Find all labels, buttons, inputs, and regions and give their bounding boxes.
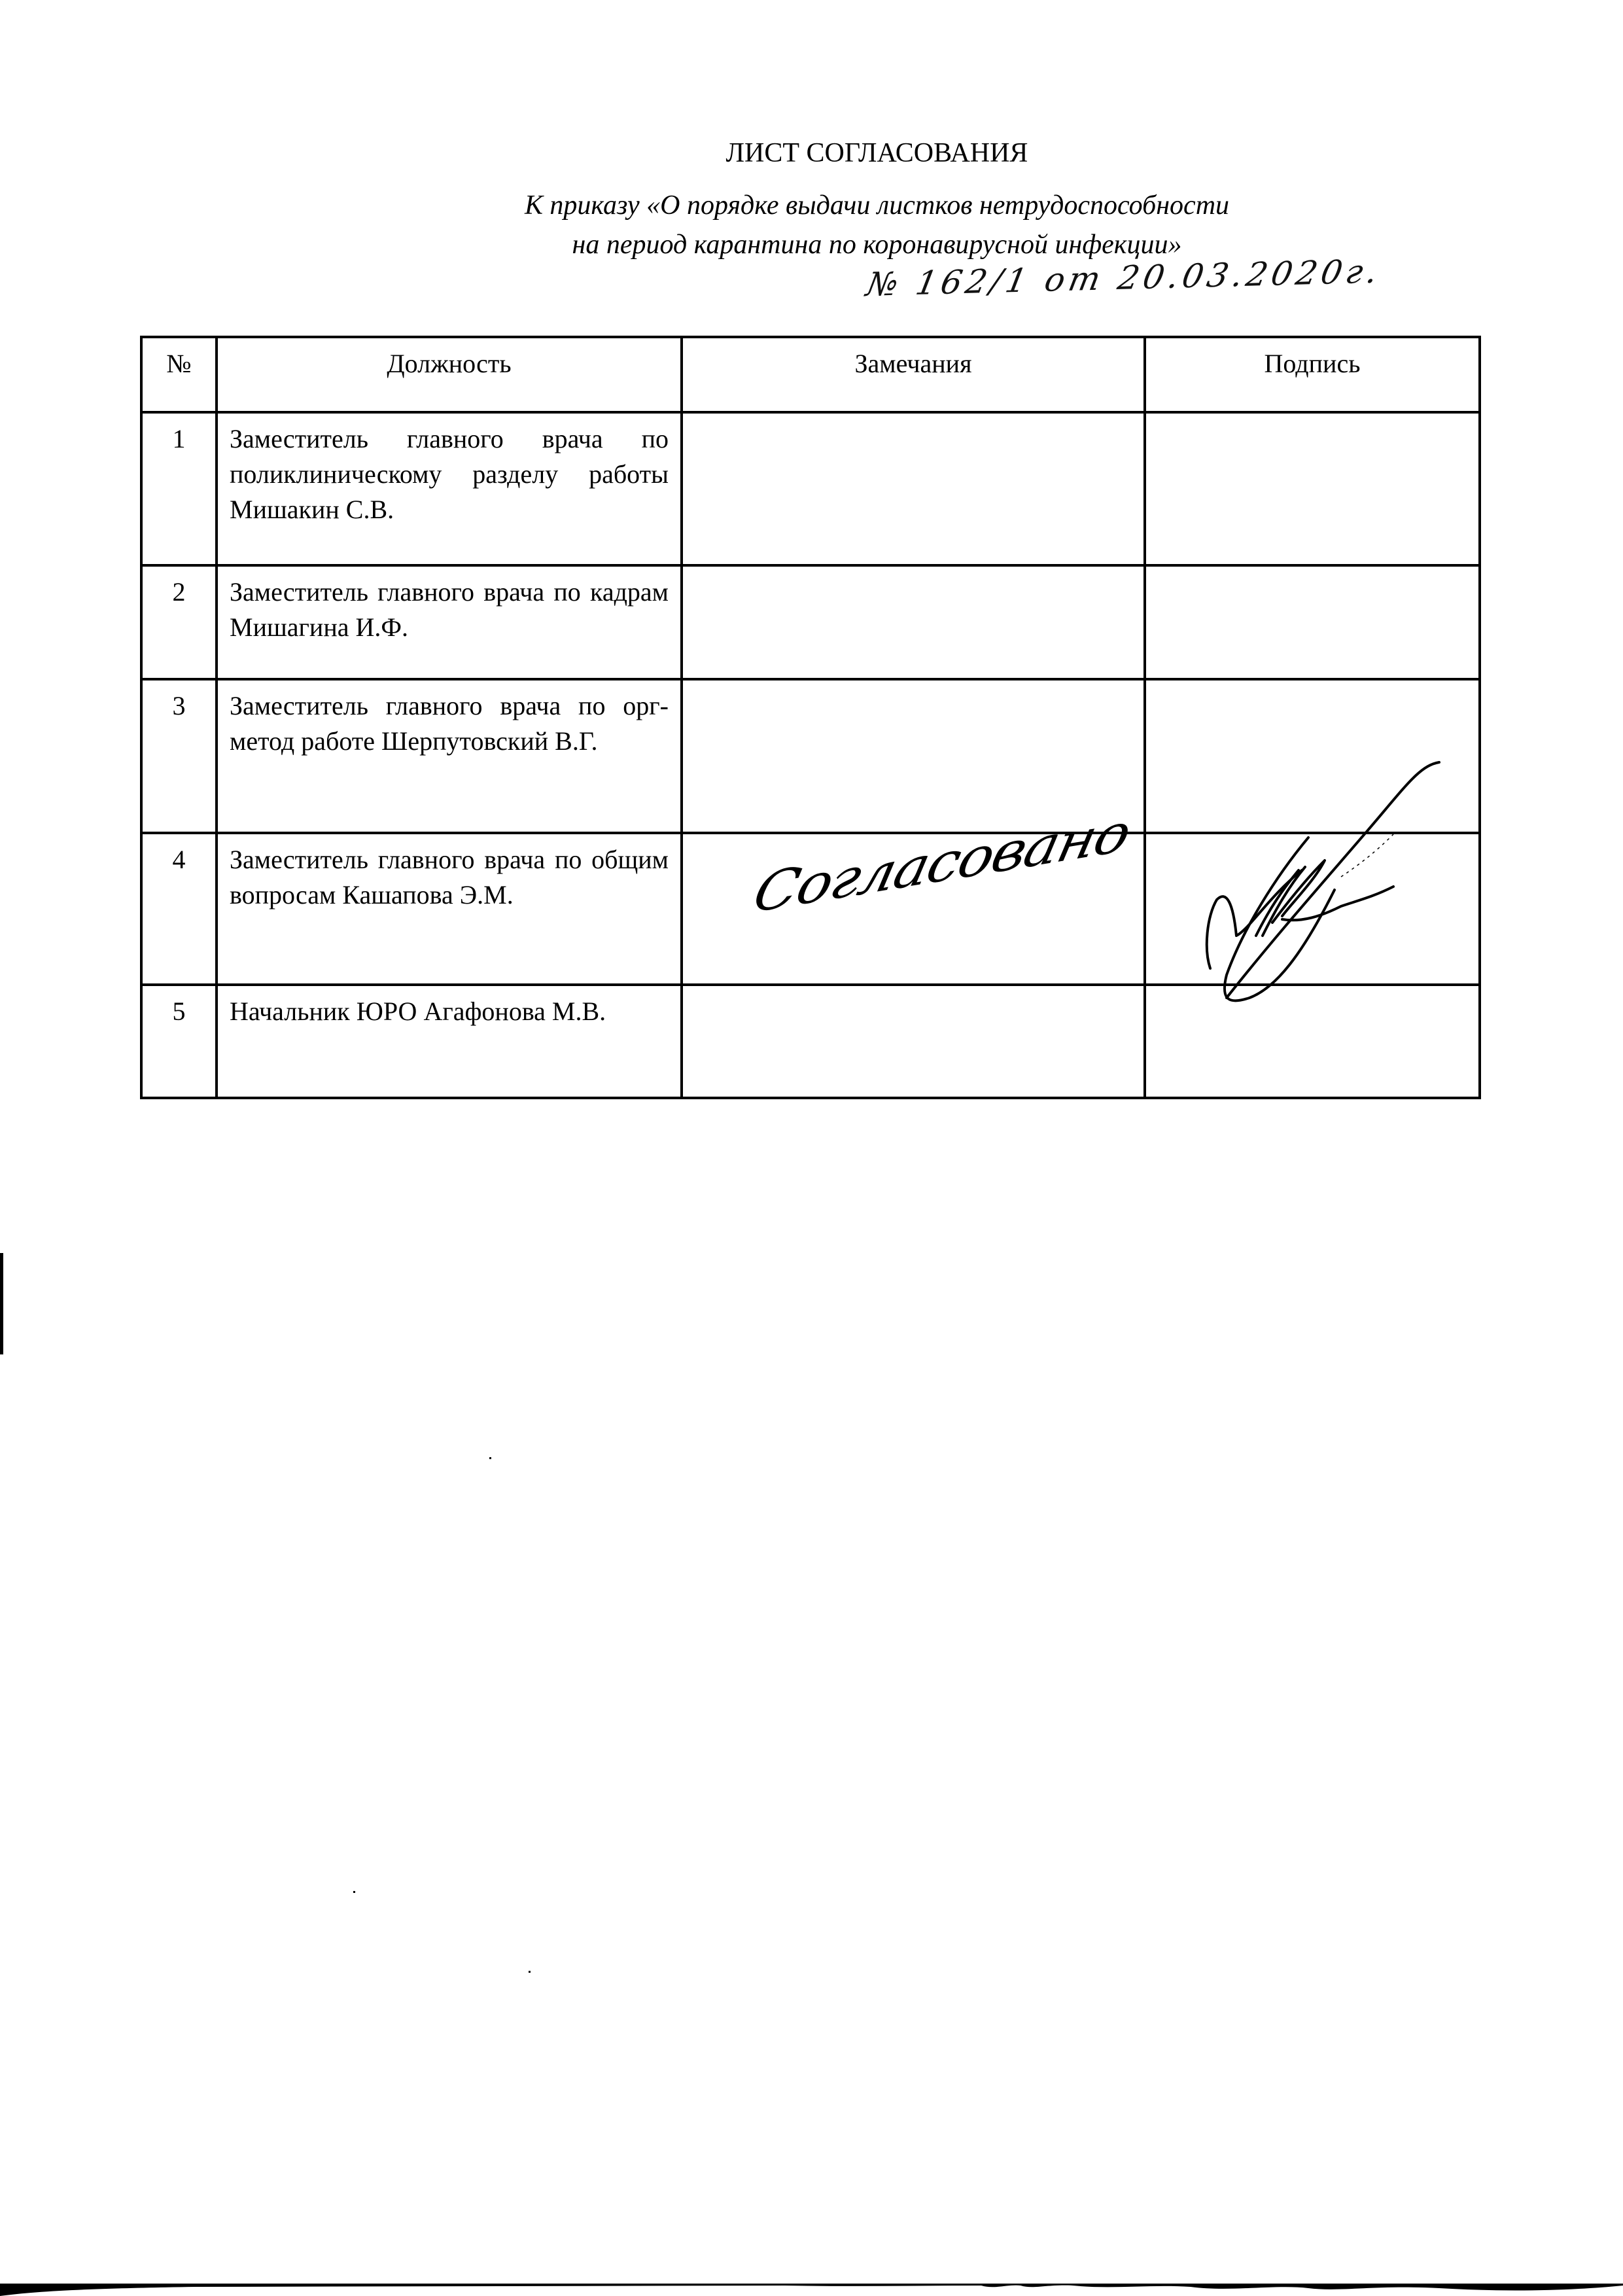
row-number: 3 <box>141 679 217 833</box>
table-row: 5 Начальник ЮРО Агафонова М.В. <box>141 985 1480 1098</box>
row-number: 1 <box>141 412 217 565</box>
row-position: Заместитель главного врача по кадрам Миш… <box>217 565 682 679</box>
scan-edge-artifact <box>0 1253 3 1354</box>
row-signature-cell[interactable] <box>1145 565 1480 679</box>
row-number: 5 <box>141 985 217 1098</box>
row-position: Заместитель главного врача по поликлинич… <box>217 412 682 565</box>
table-row: 1 Заместитель главного врача по поликлин… <box>141 412 1480 565</box>
header-position: Должность <box>217 337 682 412</box>
table-header-row: № Должность Замечания Подпись <box>141 337 1480 412</box>
row-position: Заместитель главного врача по орг-метод … <box>217 679 682 833</box>
row-remarks-cell[interactable] <box>682 565 1145 679</box>
row-number: 2 <box>141 565 217 679</box>
position-text: Начальник ЮРО Агафонова М.В. <box>230 994 669 1029</box>
row-position: Начальник ЮРО Агафонова М.В. <box>217 985 682 1098</box>
table-row: 4 Заместитель главного врача по общим во… <box>141 833 1480 985</box>
row-position: Заместитель главного врача по общим вопр… <box>217 833 682 985</box>
scan-bottom-shadow <box>0 2282 1623 2296</box>
position-text: Заместитель главного врача по общим вопр… <box>230 842 669 913</box>
row-signature-cell[interactable] <box>1145 833 1480 985</box>
row-signature-cell[interactable] <box>1145 679 1480 833</box>
scan-speck <box>353 1891 355 1893</box>
row-remarks-cell[interactable] <box>682 985 1145 1098</box>
position-text: Заместитель главного врача по поликлинич… <box>230 421 669 527</box>
header-number: № <box>141 337 217 412</box>
position-text: Заместитель главного врача по кадрам Миш… <box>230 574 669 645</box>
row-number: 4 <box>141 833 217 985</box>
row-signature-cell[interactable] <box>1145 985 1480 1098</box>
page-title: ЛИСТ СОГЛАСОВАНИЯ <box>0 137 1623 169</box>
table-row: 2 Заместитель главного врача по кадрам М… <box>141 565 1480 679</box>
scan-speck <box>489 1457 491 1459</box>
scan-speck <box>529 1971 531 1973</box>
row-remarks-cell[interactable]: Согласовано <box>682 833 1145 985</box>
approval-table: № Должность Замечания Подпись 1 Заместит… <box>140 336 1481 1099</box>
header-remarks: Замечания <box>682 337 1145 412</box>
position-text: Заместитель главного врача по орг-метод … <box>230 688 669 759</box>
handwritten-remark: Согласовано <box>683 834 1143 983</box>
row-remarks-cell[interactable] <box>682 412 1145 565</box>
row-signature-cell[interactable] <box>1145 412 1480 565</box>
order-subtitle-line-1: К приказу «О порядке выдачи листков нетр… <box>0 190 1623 221</box>
header-signature: Подпись <box>1145 337 1480 412</box>
approval-sheet-page: ЛИСТ СОГЛАСОВАНИЯ К приказу «О порядке в… <box>0 0 1623 2296</box>
table-row: 3 Заместитель главного врача по орг-мето… <box>141 679 1480 833</box>
